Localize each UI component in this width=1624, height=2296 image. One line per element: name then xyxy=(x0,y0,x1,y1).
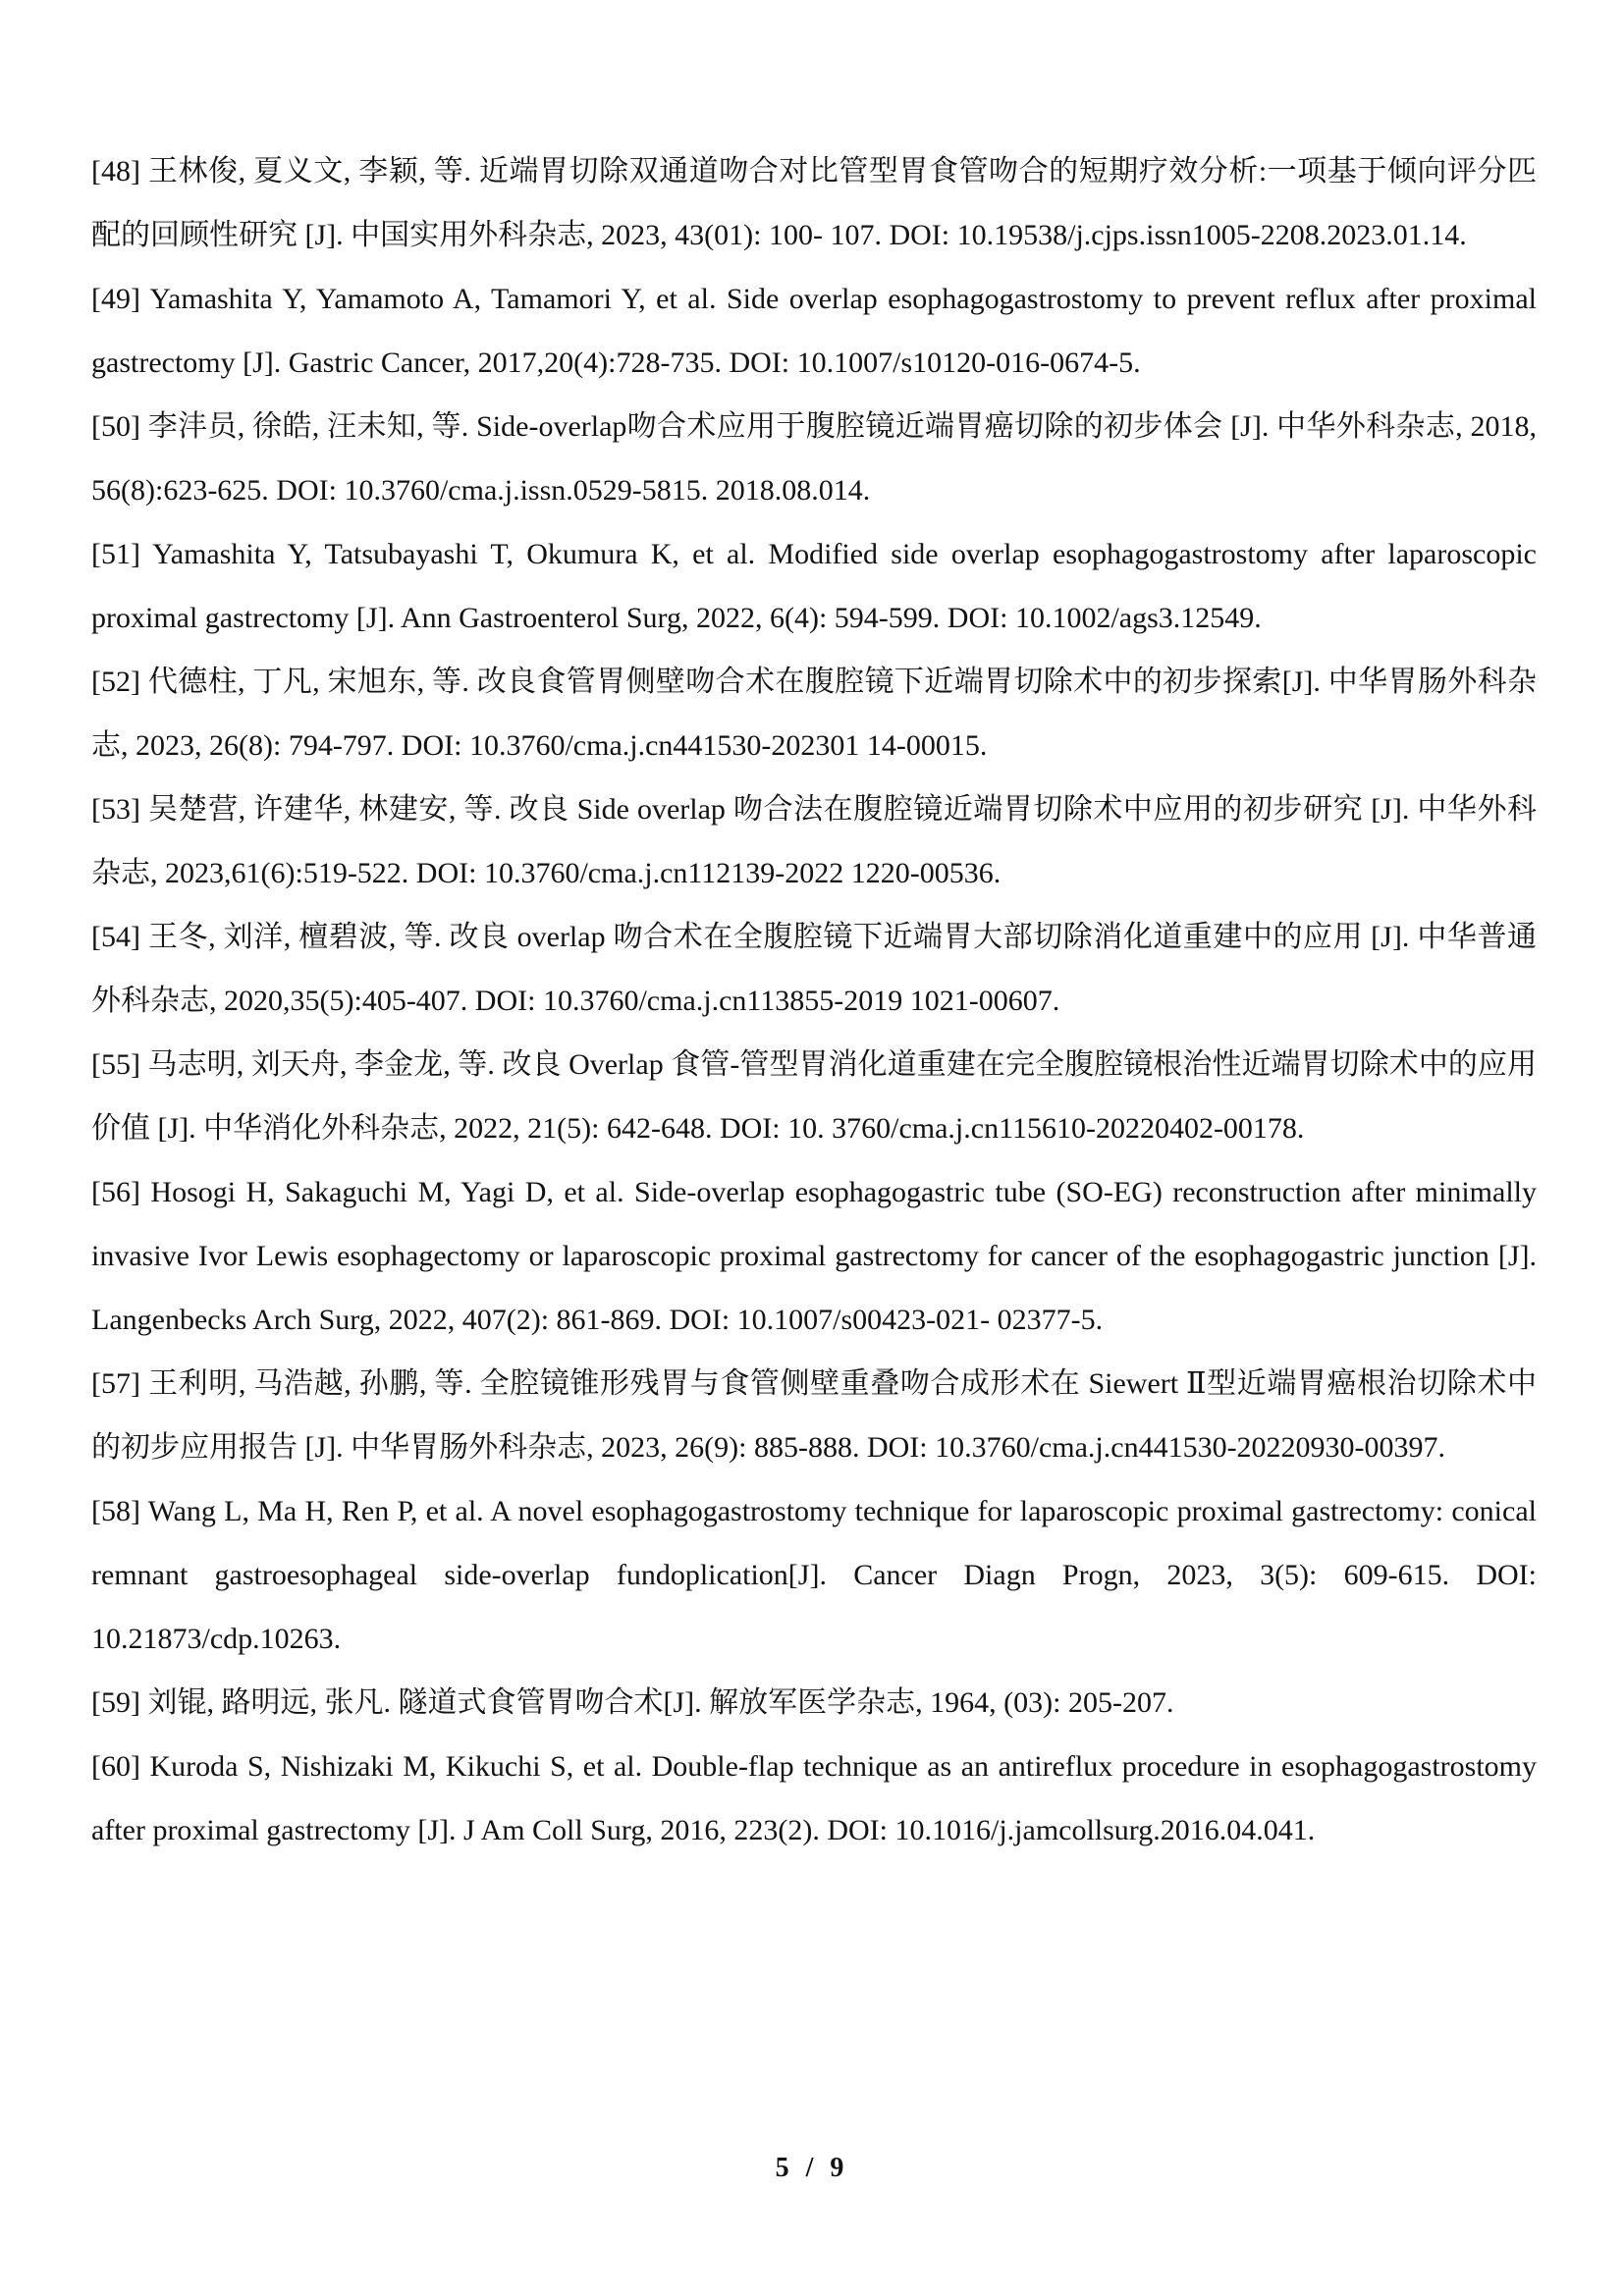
reference-item-49: [49] Yamashita Y, Yamamoto A, Tamamori Y… xyxy=(91,267,1537,395)
reference-item-52: [52] 代德柱, 丁凡, 宋旭东, 等. 改良食管胃侧壁吻合术在腹腔镜下近端胃… xyxy=(91,650,1537,777)
reference-item-58: [58] Wang L, Ma H, Ren P, et al. A novel… xyxy=(91,1479,1537,1671)
reference-item-48: [48] 王林俊, 夏义文, 李颖, 等. 近端胃切除双通道吻合对比管型胃食管吻… xyxy=(91,139,1537,267)
page-number: 5 / 9 xyxy=(0,2153,1624,2184)
reference-item-54: [54] 王冬, 刘洋, 檀碧波, 等. 改良 overlap 吻合术在全腹腔镜… xyxy=(91,905,1537,1033)
reference-item-60: [60] Kuroda S, Nishizaki M, Kikuchi S, e… xyxy=(91,1735,1537,1862)
reference-item-57: [57] 王利明, 马浩越, 孙鹏, 等. 全腔镜锥形残胃与食管侧壁重叠吻合成形… xyxy=(91,1352,1537,1479)
reference-item-59: [59] 刘锟, 路明远, 张凡. 隧道式食管胃吻合术[J]. 解放军医学杂志,… xyxy=(91,1671,1537,1735)
reference-item-51: [51] Yamashita Y, Tatsubayashi T, Okumur… xyxy=(91,522,1537,650)
reference-item-56: [56] Hosogi H, Sakaguchi M, Yagi D, et a… xyxy=(91,1160,1537,1352)
document-page: [48] 王林俊, 夏义文, 李颖, 等. 近端胃切除双通道吻合对比管型胃食管吻… xyxy=(0,0,1624,2296)
reference-item-55: [55] 马志明, 刘天舟, 李金龙, 等. 改良 Overlap 食管-管型胃… xyxy=(91,1033,1537,1160)
references-list: [48] 王林俊, 夏义文, 李颖, 等. 近端胃切除双通道吻合对比管型胃食管吻… xyxy=(91,139,1537,1862)
reference-item-53: [53] 吴楚营, 许建华, 林建安, 等. 改良 Side overlap 吻… xyxy=(91,777,1537,905)
reference-item-50: [50] 李沣员, 徐皓, 汪未知, 等. Side-overlap吻合术应用于… xyxy=(91,395,1537,522)
